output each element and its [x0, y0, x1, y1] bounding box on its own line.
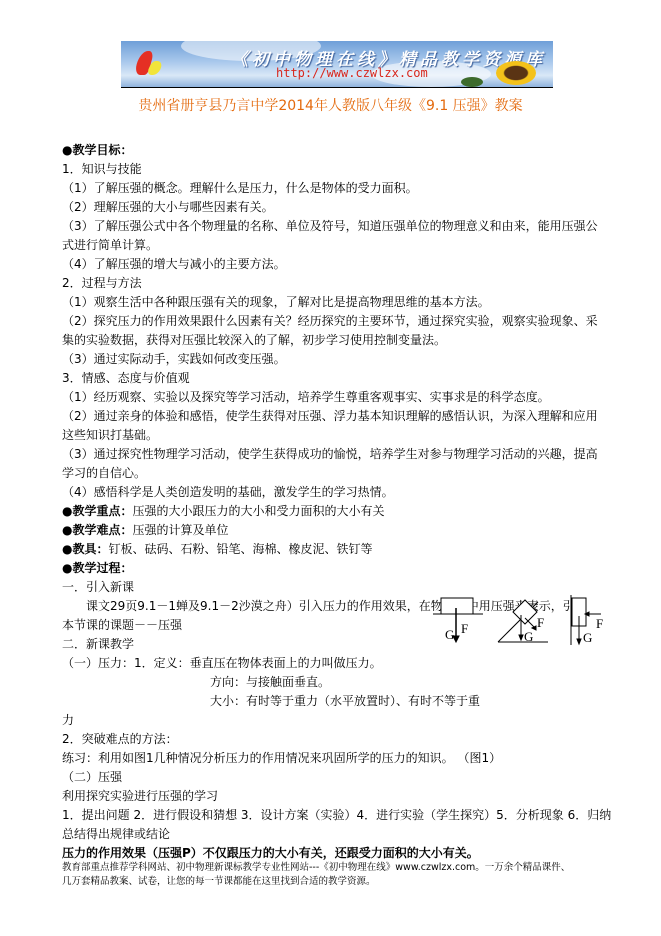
document-body: ●教学目标： 1．知识与技能 （1）了解压强的概念。理解什么是压力，什么是物体的…: [62, 141, 602, 863]
svg-text:F: F: [461, 621, 468, 636]
key-point-row: ●教学重点：压强的大小跟压力的大小和受力面积的大小有关: [62, 502, 602, 521]
svg-text:F: F: [596, 616, 603, 631]
list-item: 这些知识打基础。: [62, 426, 602, 445]
difficulty-row: ●教学难点：压强的计算及单位: [62, 521, 602, 540]
list-item: （1）观察生活中各种跟压强有关的现象，了解对比是提高物理思维的基本方法。: [62, 293, 602, 312]
svg-text:G: G: [524, 629, 533, 644]
list-item: （1）经历观察、实验以及探究等学习活动，培养学生尊重客观事实、实事求是的科学态度…: [62, 388, 602, 407]
document-title: 贵州省册亨县乃言中学2014年人教版八年级《9.1 压强》教案: [0, 95, 661, 115]
process-heading: 2．过程与方法: [62, 274, 602, 293]
svg-text:G: G: [583, 630, 592, 645]
tools-row: ●教具：钉板、砝码、石粉、铅笔、海棉、橡皮泥、铁钉等: [62, 540, 602, 559]
force-diagram-figure: G F F G F G: [433, 590, 609, 650]
list-item: 式进行简单计算。: [62, 236, 602, 255]
tools-text: 钉板、砝码、石粉、铅笔、海棉、橡皮泥、铁钉等: [108, 542, 372, 556]
leaf-decoration: [461, 77, 483, 87]
header-banner: 《初中物理在线》精品教学资源库 http://www.czwlzx.com: [121, 41, 553, 87]
list-item: （2）通过亲身的体验和感悟，使学生获得对压强、浮力基本知识理解的感悟认识，为深入…: [62, 407, 602, 426]
objectives-heading: ●教学目标：: [62, 141, 602, 160]
key-point-text: 压强的大小跟压力的大小和受力面积的大小有关: [132, 504, 384, 518]
svg-text:G: G: [445, 627, 454, 642]
steps-line: 总结得出规律或结论: [62, 825, 602, 844]
banner-divider: [121, 87, 553, 88]
pressure-heading: （二）压强: [62, 768, 602, 787]
list-item: （2）探究压力的作用效果跟什么因素有关？经历探究的主要环节，通过探究实验，观察实…: [62, 312, 602, 331]
key-point-label: ●教学重点：: [62, 504, 132, 518]
list-item: （4）感悟科学是人类创造发明的基础，激发学生的学习热情。: [62, 483, 602, 502]
page-footer: 教育部重点推荐学科网站、初中物理新课标教学专业性网站---《初中物理在线》www…: [62, 861, 607, 889]
teaching-process-heading: ●教学过程：: [62, 559, 602, 578]
list-item: 集的实验数据，获得对压强比较深入的了解，初步学习使用控制变量法。: [62, 331, 602, 350]
breakthrough-heading: 2．突破难点的方法：: [62, 730, 602, 749]
list-item: （4）了解压强的增大与减小的主要方法。: [62, 255, 602, 274]
force-diagram-icon: G F F G F G: [433, 590, 609, 650]
pressure-force-line: 大小：有时等于重力（水平放置时）、有时不等于重: [62, 692, 602, 711]
pressure-force-line: 力: [62, 711, 602, 730]
footer-line: 几万套精品教案、试卷，让您的每一节课都能在这里找到合适的教学资源。: [62, 875, 607, 889]
exercise-line: 练习：利用如图1几种情况分析压力的作用情况来巩固所学的压力的知识。 （图1）: [62, 749, 602, 768]
steps-line: 1．提出问题 2．进行假设和猜想 3．设计方案（实验）4．进行实验（学生探究）5…: [62, 806, 602, 825]
difficulty-label: ●教学难点：: [62, 523, 132, 537]
pressure-force-line: （一）压力：1．定义：垂直压在物体表面上的力叫做压力。: [62, 654, 602, 673]
knowledge-heading: 1．知识与技能: [62, 160, 602, 179]
difficulty-text: 压强的计算及单位: [132, 523, 228, 537]
list-item: 学习的自信心。: [62, 464, 602, 483]
list-item: （3）通过探究性物理学习活动，使学生获得成功的愉悦，培养学生对参与物理学习活动的…: [62, 445, 602, 464]
svg-text:F: F: [537, 615, 544, 630]
tools-label: ●教具：: [62, 542, 108, 556]
inquiry-line: 利用探究实验进行压强的学习: [62, 787, 602, 806]
footer-line: 教育部重点推荐学科网站、初中物理新课标教学专业性网站---《初中物理在线》www…: [62, 861, 607, 875]
list-item: （3）了解压强公式中各个物理量的名称、单位及符号，知道压强单位的物理意义和由来，…: [62, 217, 602, 236]
list-item: （3）通过实际动手，实践如何改变压强。: [62, 350, 602, 369]
sunflower-icon: [496, 61, 536, 85]
emotion-heading: 3．情感、态度与价值观: [62, 369, 602, 388]
banner-url[interactable]: http://www.czwlzx.com: [276, 66, 428, 80]
list-item: （2）理解压强的大小与哪些因素有关。: [62, 198, 602, 217]
list-item: （1）了解压强的概念。理解什么是压力，什么是物体的受力面积。: [62, 179, 602, 198]
pressure-force-line: 方向：与接触面垂直。: [62, 673, 602, 692]
